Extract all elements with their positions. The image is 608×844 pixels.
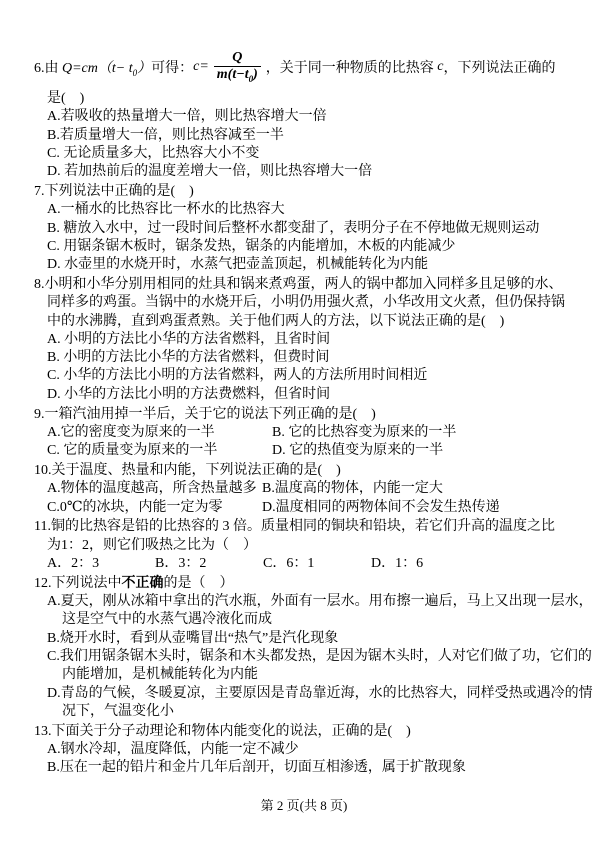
question-8-stem-line-3: 中的水沸腾，直到鸡蛋煮熟。关于他们两人的方法，以下说法正确的是( )	[34, 313, 582, 331]
question-12-option-c-line-1: C.我们用锯条锯木头时，锯条和木头都发热，是因为锯木头时，人对它们做了功，它们的	[34, 648, 582, 666]
question-9-option-d: D. 它的热值变为原来的一半	[272, 442, 443, 460]
question-10-options-row-2: C.0℃的冰块，内能一定为零 D.温度相同的两物体间不会发生热传递	[34, 499, 582, 517]
question-6-option-c: C. 无论质量多大，比热容大小不变	[34, 145, 582, 163]
question-6-option-b: B.若质量增大一倍，则比热容减至一半	[34, 127, 582, 145]
question-10-option-a: A.物体的温度越高，所含热量越多	[47, 480, 262, 498]
question-12-option-a-line-2: 这是空气中的水蒸气遇冷液化而成	[34, 611, 582, 629]
question-11-stem-line-1: 11.铜的比热容是铅的比热容的 3 倍。质量相同的铜块和铅块，若它们升高的温度之…	[34, 518, 582, 536]
question-13-option-a: A.钢水冷却，温度降低，内能一定不减少	[34, 741, 582, 759]
formula-tail-post: ，下列说法正确的	[444, 57, 556, 77]
question-9-options-row-2: C. 它的质量变为原来的一半 D. 它的热值变为原来的一半	[34, 442, 582, 460]
question-12-stem-pre: 12.下列说法中	[34, 576, 122, 591]
question-12: 12.下列说法中不正确的是（ ） A.夏天，刚从冰箱中拿出的汽水瓶，外面有一层水…	[34, 575, 582, 721]
page-footer: 第 2 页(共 8 页)	[0, 795, 608, 814]
question-7-option-d: D. 水壶里的水烧开时，水蒸气把壶盖顶起，机械能转化为内能	[34, 256, 582, 274]
formula-tail-pre: ，关于同一种物质的比热容	[266, 57, 438, 77]
fraction-denominator: m(t−t0)	[214, 66, 261, 84]
formula-eq-post: ）	[137, 61, 151, 76]
question-10-option-b: B.温度高的物体，内能一定大	[262, 480, 443, 498]
question-8-option-a: A. 小明的方法比小华的方法省燃料，且省时间	[34, 331, 582, 349]
question-11-option-a: A．2：3	[47, 555, 155, 573]
question-8-option-d: D. 小华的方法比小明的方法费燃料，但省时间	[34, 386, 582, 404]
question-7: 7.下列说法中正确的是( ) A.一桶水的比热容比一杯水的比热容大 B. 糖放入…	[34, 183, 582, 274]
question-9-option-c: C. 它的质量变为原来的一半	[47, 442, 272, 460]
question-12-option-d-line-1: D.青岛的气候，冬暖夏凉，主要原因是青岛靠近海，水的比热容大，同样受热或遇冷的情	[34, 685, 582, 703]
fraction-den-post: )	[253, 67, 258, 82]
formula-fraction: Q m(t−t0)	[214, 50, 261, 84]
question-11: 11.铜的比热容是铅的比热容的 3 倍。质量相同的铜块和铅块，若它们升高的温度之…	[34, 518, 582, 573]
question-10-option-d: D.温度相同的两物体间不会发生热传递	[262, 499, 500, 517]
question-12-option-d-line-2: 况下，气温变化小	[34, 703, 582, 721]
question-12-option-c-line-2: 内能增加，是机械能转化为内能	[34, 666, 582, 684]
question-12-stem: 12.下列说法中不正确的是（ ）	[34, 575, 582, 593]
formula-mid-text: 可得：	[151, 57, 193, 77]
question-8-stem-line-1: 8.小明和小华分别用相同的灶具和锅来煮鸡蛋，两人的锅中都加入同样多且足够的水、	[34, 276, 582, 294]
question-8-option-b: B. 小明的方法比小华的方法省燃料，但费时间	[34, 349, 582, 367]
question-10: 10.关于温度、热量和内能，下列说法正确的是( ) A.物体的温度越高，所含热量…	[34, 462, 582, 517]
formula-lead: 6.由	[34, 57, 62, 77]
question-9-option-b: B. 它的比热容变为原来的一半	[272, 424, 456, 442]
fraction-den-pre: m(t−t	[217, 67, 249, 82]
formula-eq-pre: Q=cm（t− t	[62, 61, 133, 76]
question-7-option-b: B. 糖放入水中，过一段时间后整杯水都变甜了，表明分子在不停地做无规则运动	[34, 220, 582, 238]
question-11-option-c: C．6：1	[263, 555, 371, 573]
question-9-stem: 9.一箱汽油用掉一半后，关于它的说法下列正确的是( )	[34, 406, 582, 424]
question-6-stem-continuation: 是( )	[34, 90, 582, 108]
question-10-option-c: C.0℃的冰块，内能一定为零	[47, 499, 262, 517]
formula-heat-equation: Q=cm（t− t0）	[62, 57, 151, 78]
question-11-option-d: D．1：6	[371, 555, 479, 573]
question-12-option-b: B.烧开水时，看到从壶嘴冒出“热气”是汽化现象	[34, 630, 582, 648]
question-10-options-row-1: A.物体的温度越高，所含热量越多 B.温度高的物体，内能一定大	[34, 480, 582, 498]
question-7-stem: 7.下列说法中正确的是( )	[34, 183, 582, 201]
question-9-option-a: A.它的密度变为原来的一半	[47, 424, 272, 442]
exam-page: 6.由 Q=cm（t− t0） 可得： c= Q m(t−t0) ，关于同一种物…	[0, 0, 608, 844]
question-6-option-d: D. 若加热前后的温度差增大一倍，则比热容增大一倍	[34, 163, 582, 181]
question-9: 9.一箱汽油用掉一半后，关于它的说法下列正确的是( ) A.它的密度变为原来的一…	[34, 406, 582, 461]
question-11-stem-line-2: 为1：2，则它们吸热之比为（ ）	[34, 537, 582, 555]
question-12-option-a-line-1: A.夏天，刚从冰箱中拿出的汽水瓶，外面有一层水。用布擦一遍后，马上又出现一层水，	[34, 593, 582, 611]
question-8-option-c: C. 小华的方法比小明的方法省燃料，两人的方法所用时间相近	[34, 367, 582, 385]
question-10-stem: 10.关于温度、热量和内能，下列说法正确的是( )	[34, 462, 582, 480]
question-12-stem-post: 的是（ ）	[164, 576, 234, 591]
question-6-formula-line: 6.由 Q=cm（t− t0） 可得： c= Q m(t−t0) ，关于同一种物…	[34, 44, 582, 90]
question-8: 8.小明和小华分别用相同的灶具和锅来煮鸡蛋，两人的锅中都加入同样多且足够的水、 …	[34, 276, 582, 404]
fraction-numerator: Q	[224, 50, 250, 66]
question-11-options-row: A．2：3 B．3：2 C．6：1 D．1：6	[34, 555, 582, 573]
question-11-option-b: B．3：2	[155, 555, 263, 573]
question-6: 6.由 Q=cm（t− t0） 可得： c= Q m(t−t0) ，关于同一种物…	[34, 44, 582, 181]
formula-c-equals: c=	[193, 59, 209, 75]
question-7-option-a: A.一桶水的比热容比一杯水的比热容大	[34, 201, 582, 219]
question-7-option-c: C. 用锯条锯木板时，锯条发热，锯条的内能增加，木板的内能减少	[34, 238, 582, 256]
question-8-stem-line-2: 同样多的鸡蛋。当锅中的水烧开后，小明仍用强火煮，小华改用文火煮，但仍保持锅	[34, 294, 582, 312]
question-13: 13.下面关于分子动理论和物体内能变化的说法，正确的是( ) A.钢水冷却，温度…	[34, 723, 582, 778]
question-12-stem-bold: 不正确	[122, 576, 164, 591]
question-9-options-row-1: A.它的密度变为原来的一半 B. 它的比热容变为原来的一半	[34, 424, 582, 442]
question-6-option-a: A.若吸收的热量增大一倍，则比热容增大一倍	[34, 108, 582, 126]
question-13-option-b: B.压在一起的铅片和金片几年后剖开，切面互相渗透，属于扩散现象	[34, 759, 582, 777]
question-13-stem: 13.下面关于分子动理论和物体内能变化的说法，正确的是( )	[34, 723, 582, 741]
